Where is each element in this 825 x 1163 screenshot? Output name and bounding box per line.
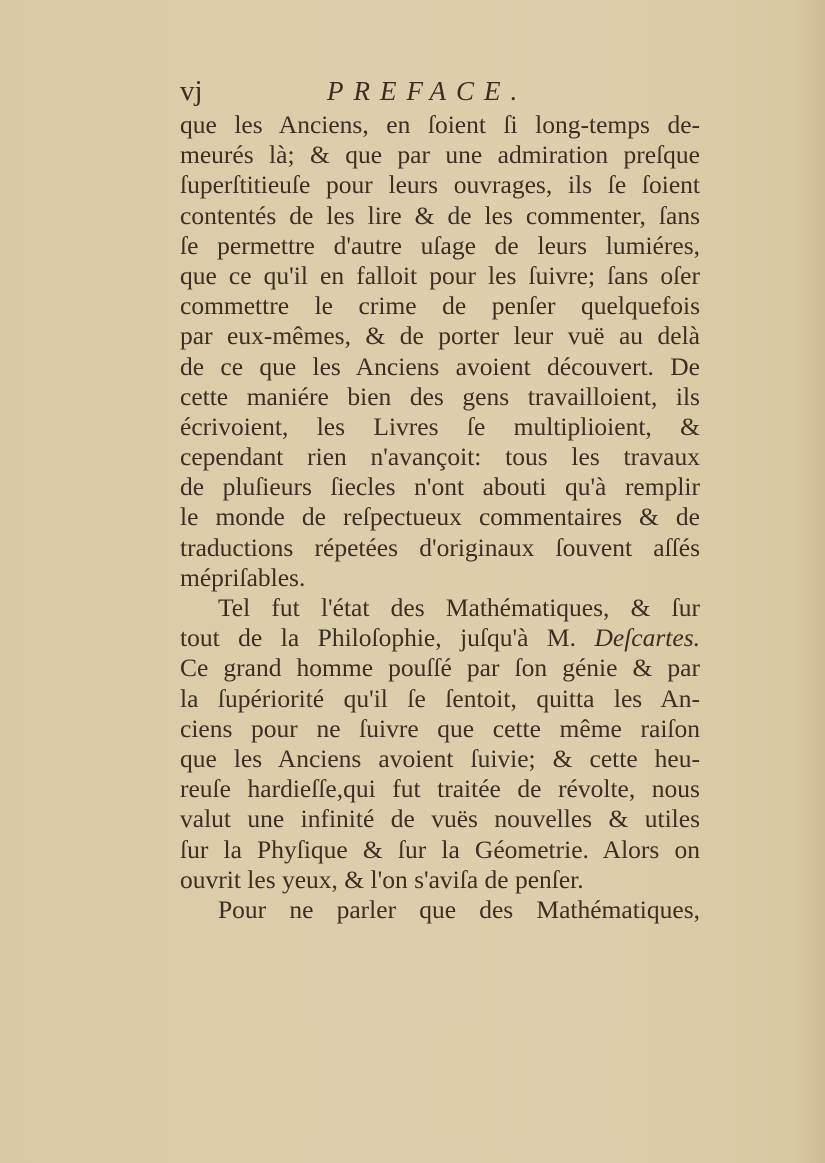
text-line: le monde de reſpectueux commentaires & d…: [180, 502, 700, 532]
document-page: vj PREFACE. que les Anciens, en ſoient ſ…: [0, 0, 825, 1163]
text-line: meurés là; & que par une admiration preſ…: [180, 140, 700, 170]
text-fragment: tout de la Philoſophie, juſqu'à M.: [180, 623, 576, 652]
text-line: que les Anciens avoient ſuivie; & cette …: [180, 744, 700, 774]
text-line: écrivoient, les Livres ſe multiplioient,…: [180, 412, 700, 442]
running-title: PREFACE.: [327, 74, 527, 108]
text-line: de pluſieurs ſiecles n'ont abouti qu'à r…: [180, 472, 700, 502]
text-line: de ce que les Anciens avoient découvert.…: [180, 352, 700, 382]
italic-name-descartes: Deſcartes.: [594, 623, 700, 652]
text-line: ciens pour ne ſuivre que cette même raiſ…: [180, 714, 700, 744]
text-line: que ce qu'il en falloit pour les ſuivre;…: [180, 261, 700, 291]
text-line: par eux-mêmes, & de porter leur vuë au d…: [180, 321, 700, 351]
text-line: cependant rien n'avançoit: tous les trav…: [180, 442, 700, 472]
body-text: que les Anciens, en ſoient ſi long-temps…: [180, 110, 700, 925]
page-header: vj PREFACE.: [180, 74, 700, 108]
paragraph-start-line: Pour ne parler que des Mathématiques,: [180, 895, 700, 925]
page-number: vj: [180, 74, 203, 108]
text-line: que les Anciens, en ſoient ſi long-temps…: [180, 110, 700, 140]
paragraph-start-line: Tel fut l'état des Mathématiques, & ſur: [180, 593, 700, 623]
text-line: la ſupériorité qu'il ſe ſentoit, quitta …: [180, 684, 700, 714]
text-line: valut une infinité de vuës nouvelles & u…: [180, 804, 700, 834]
text-line: ouvrit les yeux, & l'on s'aviſa de penſe…: [180, 865, 700, 895]
text-line: contentés de les lire & de les commenter…: [180, 201, 700, 231]
text-line: mépriſables.: [180, 563, 700, 593]
text-line: reuſe hardieſſe,qui fut traitée de révol…: [180, 774, 700, 804]
text-line: commettre le crime de penſer quelquefois: [180, 291, 700, 321]
text-line: ſur la Phyſique & ſur la Géometrie. Alor…: [180, 835, 700, 865]
text-line: Ce grand homme pouſſé par ſon génie & pa…: [180, 653, 700, 683]
text-line: traductions répetées d'originaux ſouvent…: [180, 533, 700, 563]
text-line: ſe permettre d'autre uſage de leurs lumi…: [180, 231, 700, 261]
text-line-with-name: tout de la Philoſophie, juſqu'à M. Deſca…: [180, 623, 700, 653]
text-line: cette maniére bien des gens travailloien…: [180, 382, 700, 412]
text-line: ſuperſtitieuſe pour leurs ouvrages, ils …: [180, 170, 700, 200]
